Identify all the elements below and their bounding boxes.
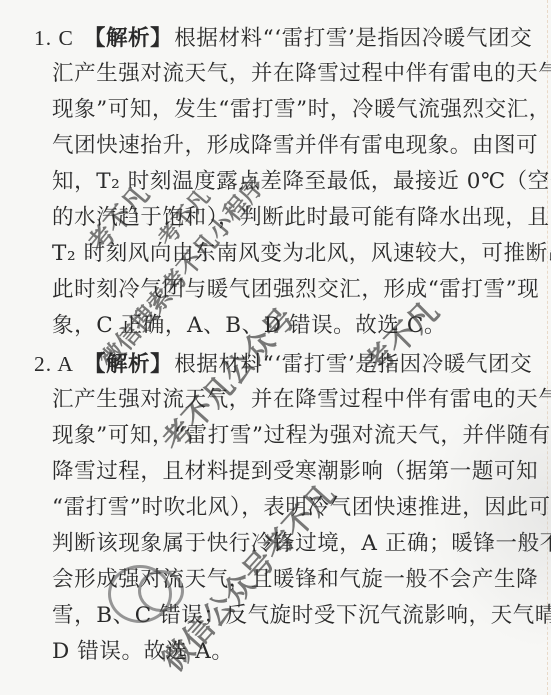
q2-line-4: 降雪过程，且材料提到受寒潮影响（据第一题可知 <box>52 454 538 490</box>
q1-line-9: 象，C 正确，A、B、D 错误。故选 C。 <box>52 308 446 344</box>
q1-line-3: 现象”可知，发生“雷打雪”时，冷暖气流强烈交汇，暖 <box>52 92 551 128</box>
answer-explanation-page: 1. C【解析】根据材料“‘雷打雪’是指因冷暖气团交 汇产生强对流天气，并在降雪… <box>0 0 551 695</box>
q2-line-9: D 错误。故选 A。 <box>52 634 233 670</box>
q2-answer-number: 2. A <box>34 352 74 376</box>
q1-line-1: 根据材料“‘雷打雪’是指因冷暖气团交 <box>174 26 532 51</box>
q1-line-7: T₂ 时刻风向由东南风变为北风，风速较大，可推断出 <box>52 236 551 272</box>
q2-line-1: 根据材料“‘雷打雪’是指因冷暖气团交 <box>174 352 532 377</box>
q2-line-7: 会形成强对流天气，且暖锋和气旋一般不会产生降 <box>52 562 538 598</box>
q2-analysis-tag: 【解析】 <box>84 352 172 377</box>
q1-line-5: 知，T₂ 时刻温度露点差降至最低，最接近 0℃（空气中 <box>52 164 551 200</box>
q1-analysis-tag: 【解析】 <box>84 26 172 51</box>
q1-line-4: 气团快速抬升，形成降雪并伴有雷电现象。由图可 <box>52 128 538 164</box>
q1-line-6: 的水汽趋于饱和），判断此时最可能有降水出现，且 <box>52 200 550 236</box>
q2-line-5: “雷打雪”时吹北风），表明冷气团快速推进，因此可 <box>52 490 551 526</box>
q1-first-line: 1. C【解析】根据材料“‘雷打雪’是指因冷暖气团交 <box>34 20 532 56</box>
q1-line-8: 此时刻冷气团与暖气团强烈交汇，形成“雷打雪”现 <box>52 272 539 308</box>
q1-answer-number: 1. C <box>34 26 74 50</box>
q2-line-8: 雪，B、C 错误；反气旋时受下沉气流影响，天气晴朗， <box>52 598 551 634</box>
q2-first-line: 2. A【解析】根据材料“‘雷打雪’是指因冷暖气团交 <box>34 346 532 382</box>
q2-line-6: 判断该现象属于快行冷锋过境，A 正确；暖锋一般不 <box>52 526 551 562</box>
q1-line-2: 汇产生强对流天气，并在降雪过程中伴有雷电的天气 <box>52 56 551 92</box>
q2-line-3: 现象”可知，“雷打雪”过程为强对流天气，并伴随有 <box>52 418 551 454</box>
q2-line-2: 汇产生强对流天气，并在降雪过程中伴有雷电的天气 <box>52 382 551 418</box>
